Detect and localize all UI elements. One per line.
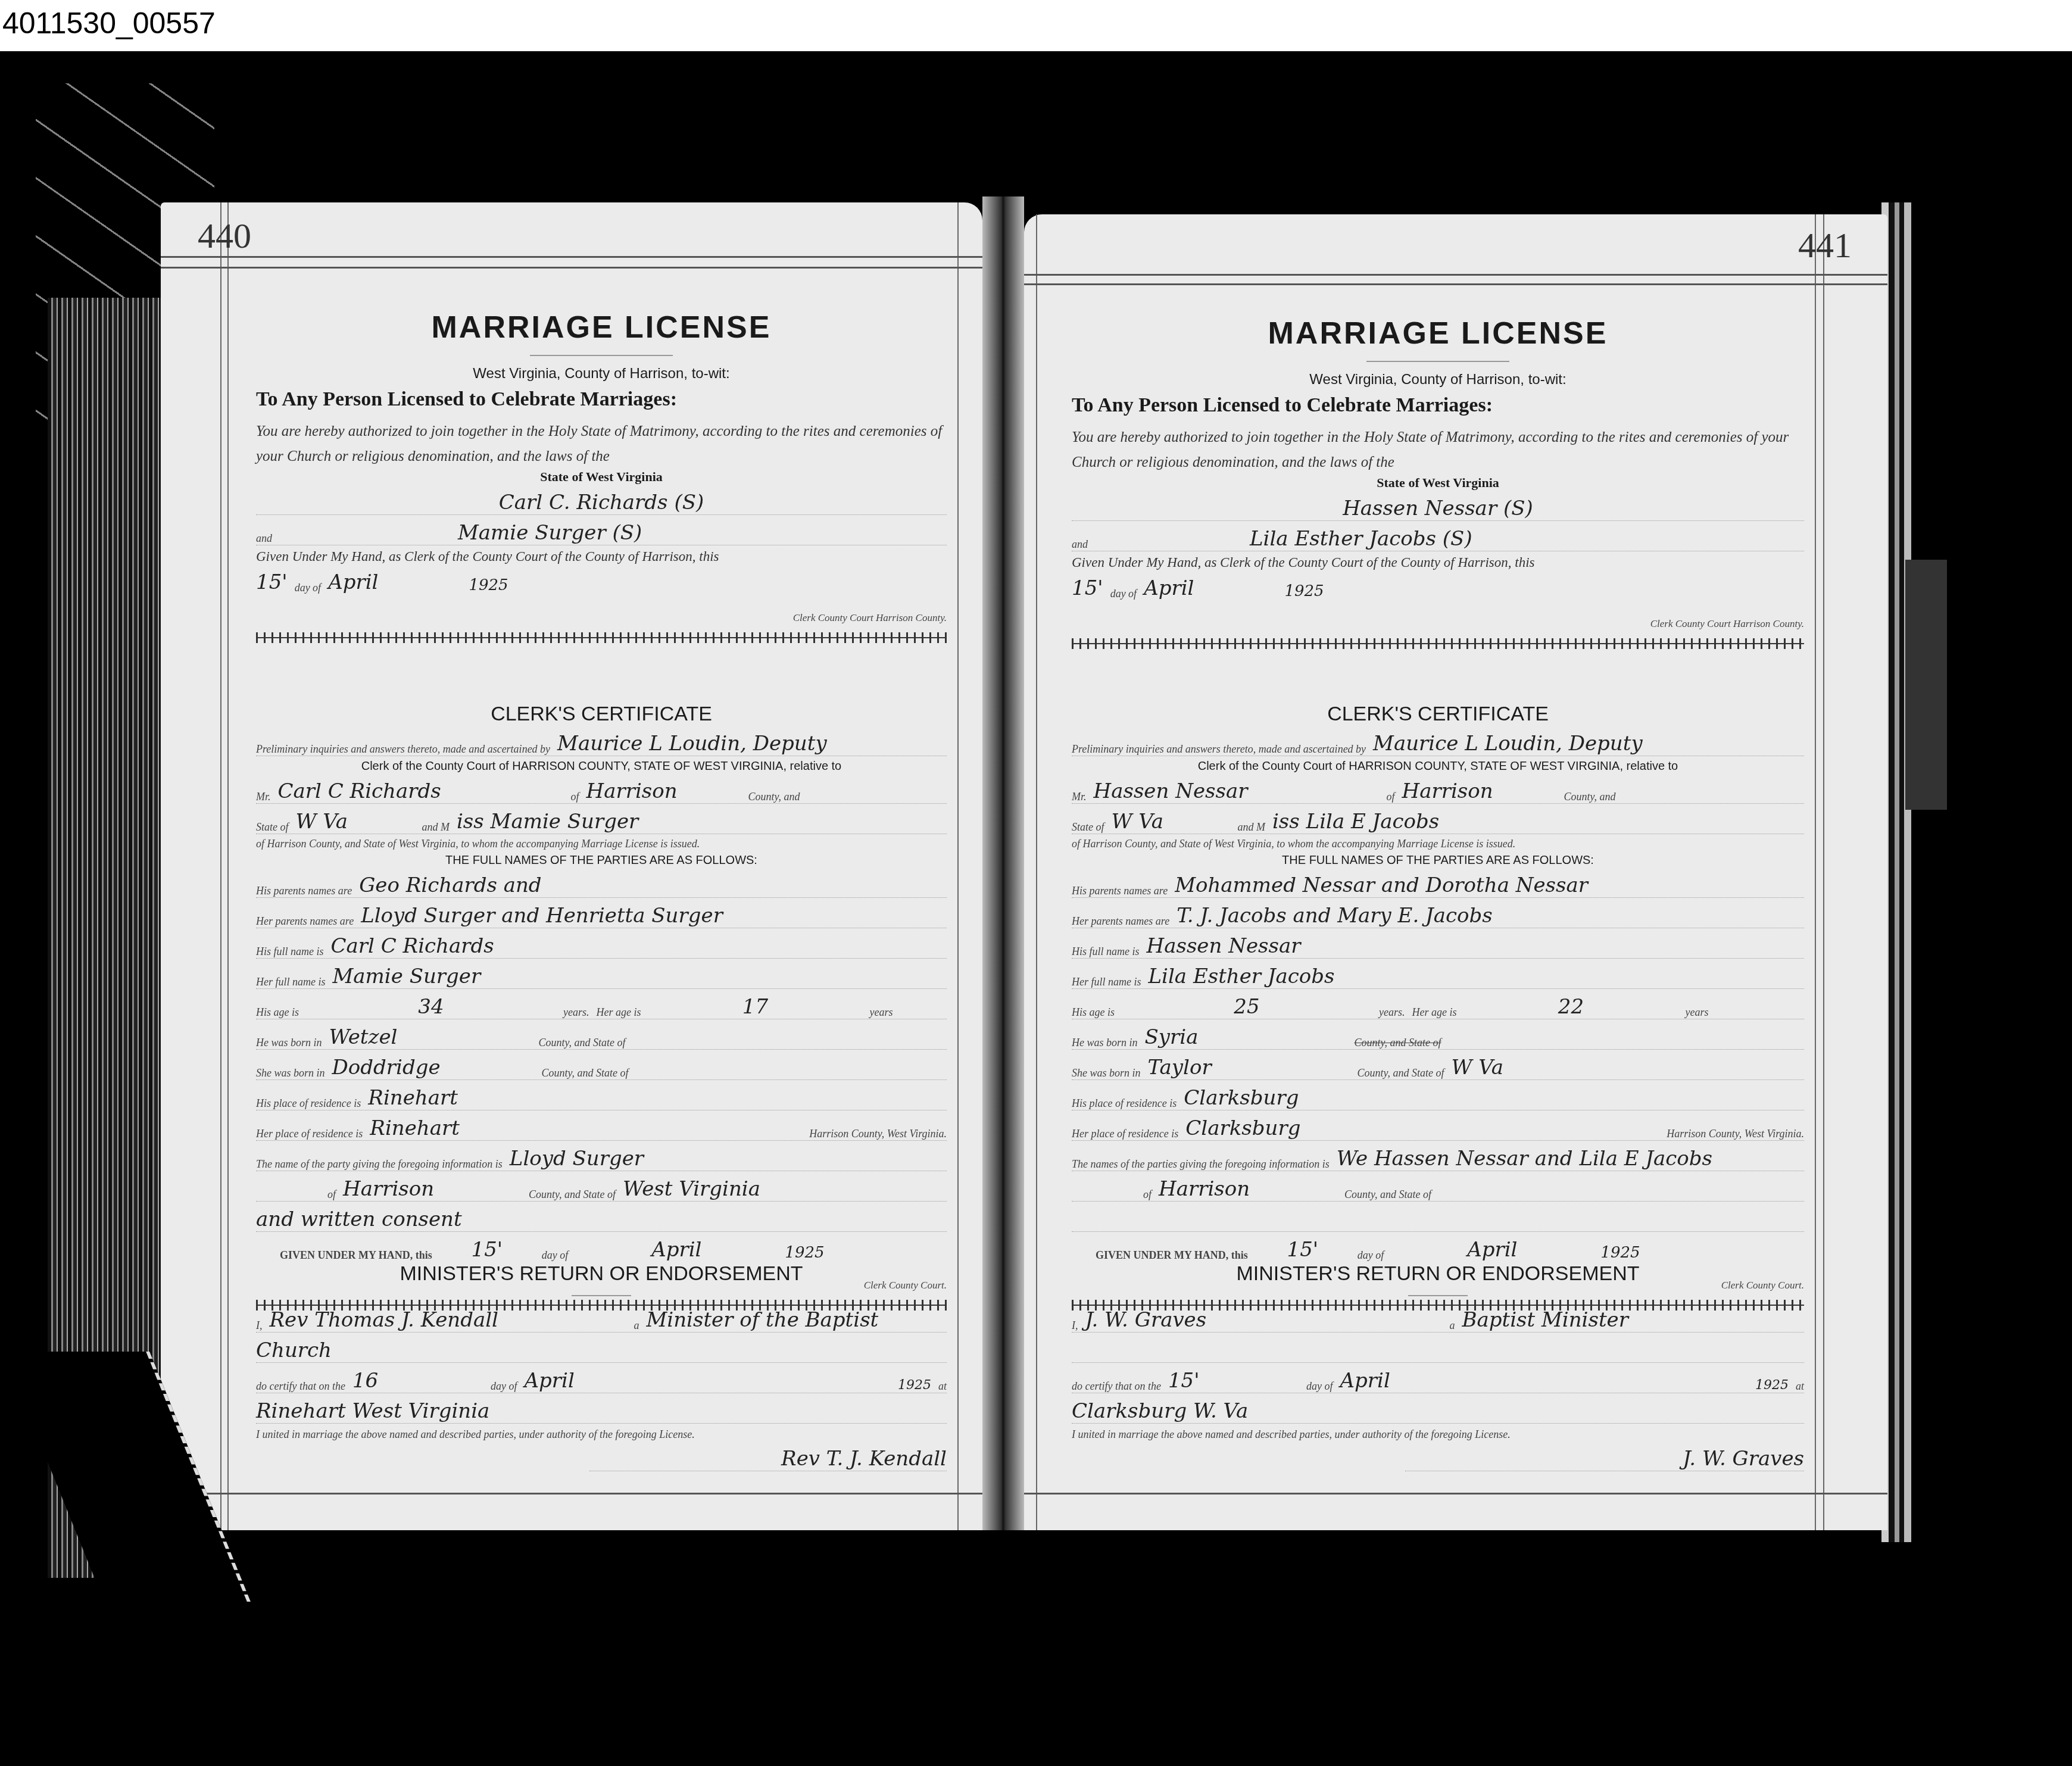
county-and-label: County, and [748,791,800,803]
image-header: 4011530_00557 [0,0,2072,51]
county-state-label: County, and State of [1355,1037,1441,1049]
clerk-caption: Clerk County Court Harrison County. [1072,618,1804,630]
years-label: years [870,1006,893,1019]
informant-label: The names of the parties giving the fore… [1072,1158,1330,1171]
groom-name: Hassen Nessar (S) [1343,497,1533,520]
her-full-name: Mamie Surger [333,965,481,988]
license-title: MARRIAGE LICENSE [256,310,947,345]
footer-rule [1024,1493,1887,1494]
license-month: April [328,570,378,594]
full-names-heading: THE FULL NAMES OF THE PARTIES ARE AS FOL… [1072,854,1804,868]
license-day: 15' [256,570,288,594]
informant-county: Harrison [343,1177,522,1201]
day-of-label: day of [491,1380,517,1393]
mr-state: W Va [1112,810,1231,834]
clerk-caption: Clerk County Court Harrison County. [256,612,947,624]
page-number: 441 [1798,225,1852,266]
mr-label: Mr. [256,791,271,803]
her-age: 22 [1464,995,1678,1019]
field-label: Her full name is [1072,976,1141,988]
minister-name: Rev Thomas J. Kendall [270,1308,627,1332]
his-age: 34 [306,995,556,1019]
field-label: Her parents names are [1072,915,1169,928]
of-label: of [1387,791,1395,803]
of-label: of [571,791,579,803]
field-label: His parents names are [256,885,352,897]
harrison-wv-label: Harrison County, West Virginia. [809,1128,947,1140]
she-born: Taylor [1148,1056,1350,1079]
mr-county: Harrison [1402,779,1557,803]
her-age-label: Her age is [1412,1006,1457,1019]
his-full-name: Carl C Richards [331,934,494,958]
mr-county: Harrison [586,779,741,803]
license-day: 15' [1072,576,1103,600]
county-state-label: County, and State of [539,1037,626,1049]
miss-name: iss Lila E Jacobs [1272,810,1439,834]
authorization-text: You are hereby authorized to join togeth… [256,419,947,469]
ascertained-by: Maurice L Loudin, Deputy [557,732,826,756]
license-year: 1925 [1284,582,1324,600]
certificate-title: CLERK'S CERTIFICATE [1072,703,1804,726]
he-born-label: He was born in [256,1037,322,1049]
his-full-name: Hassen Nessar [1147,934,1301,958]
her-age: 17 [648,995,863,1019]
given-under-hand: Given Under My Hand, as Clerk of the Cou… [1072,555,1804,570]
minister-role-cont: Church [256,1338,332,1362]
and-label: and [1072,538,1088,551]
his-parents: Mohammed Nessar and Dorotha Nessar [1175,873,1588,897]
issued-line: of Harrison County, and State of West Vi… [256,838,947,850]
her-residence: Rinehart [370,1116,802,1140]
state-of-label: State of [256,821,289,834]
his-residence: Rinehart [368,1086,458,1110]
bride-name: Lila Esther Jacobs (S) [1250,527,1472,551]
margin-line [1823,214,1824,1530]
day-of-label: day of [1306,1380,1333,1393]
day-of-label: day of [1110,588,1137,600]
groom-name: Carl C. Richards (S) [499,491,704,514]
marriage-day: 15' [1168,1369,1299,1393]
state-of-label: State of [1072,821,1104,834]
full-names-heading: THE FULL NAMES OF THE PARTIES ARE AS FOL… [256,854,947,868]
he-born: Wetzel [329,1025,532,1049]
and-label: and [256,532,272,545]
book-gutter [982,196,1024,1530]
marriage-place: Clarksburg W. Va [1072,1399,1248,1423]
minister-role: Baptist Minister [1462,1308,1628,1332]
margin-line [1815,214,1816,1530]
state-line: State of West Virginia [1072,475,1804,491]
mr-label: Mr. [1072,791,1087,803]
header-rule [1024,283,1887,285]
mr-state: W Va [296,810,415,834]
state-line: State of West Virginia [256,469,947,485]
miss-name: iss Mamie Surger [457,810,638,834]
issued-line: of Harrison County, and State of West Vi… [1072,838,1804,850]
day-of-label: day of [295,582,322,594]
marriage-license-section: MARRIAGE LICENSE West Virginia, County o… [256,310,947,651]
his-age: 25 [1122,995,1372,1019]
her-residence-label: Her place of residence is [1072,1128,1178,1140]
minister-signature: J. W. Graves [1683,1447,1804,1471]
informant-state: West Virginia [623,1177,760,1201]
minister-signature: Rev T. J. Kendall [781,1447,947,1471]
image-id: 4011530_00557 [2,6,216,40]
she-born: Doddridge [332,1056,535,1079]
divider [530,355,673,356]
ornamental-divider [1072,638,1804,649]
certify-label: do certify that on the [1072,1380,1161,1393]
jurisdiction: West Virginia, County of Harrison, to-wi… [256,366,947,382]
she-born-state: W Va [1452,1056,1503,1079]
county-and-label: County, and [1564,791,1616,803]
her-residence-label: Her place of residence is [256,1128,363,1140]
margin-line [227,202,229,1530]
page-number: 440 [198,216,251,257]
a-label: a [634,1319,639,1332]
authorization-text: You are hereby authorized to join togeth… [1072,425,1804,475]
field-label: His full name is [1072,946,1140,958]
license-month: April [1144,576,1194,600]
divider [1366,361,1509,362]
margin-line [220,202,221,1530]
extra-note: and written consent [256,1208,462,1231]
informant: We Hassen Nessar and Lila E Jacobs [1337,1147,1712,1171]
she-born-label: She was born in [1072,1067,1141,1079]
she-born-label: She was born in [256,1067,325,1079]
united-text: I united in marriage the above named and… [256,1428,947,1441]
header-rule [161,267,982,269]
his-residence-label: His place of residence is [1072,1097,1177,1110]
minister-title: MINISTER'S RETURN OR ENDORSEMENT [1072,1262,1804,1286]
her-residence: Clarksburg [1185,1116,1659,1140]
her-parents: Lloyd Surger and Henrietta Surger [361,904,723,928]
book-tab [1905,560,1947,810]
his-parents: Geo Richards and [359,873,541,897]
field-label: His parents names are [1072,885,1168,897]
her-parents: T. J. Jacobs and Mary E. Jacobs [1177,904,1493,928]
mr-name: Hassen Nessar [1094,779,1380,803]
clerk-line: Clerk of the County Court of HARRISON CO… [1072,760,1804,773]
page-441: 441 MARRIAGE LICENSE West Virginia, Coun… [1024,214,1887,1530]
county-state-label: County, and State of [529,1188,616,1201]
and-miss-label: and M [422,821,450,834]
his-age-label: His age is [1072,1006,1115,1019]
marriage-year: 1925 [1755,1378,1789,1393]
header-rule [161,256,982,258]
years-label: years. [1379,1006,1405,1019]
informant: Lloyd Surger [510,1147,644,1171]
county-state-label: County, and State of [1344,1188,1431,1201]
at-label: at [938,1380,947,1393]
marriage-month: April [1340,1369,1748,1393]
given-under-hand: Given Under My Hand, as Clerk of the Cou… [256,549,947,564]
license-title: MARRIAGE LICENSE [1072,316,1804,351]
license-year: 1925 [469,576,508,594]
field-label: His full name is [256,946,324,958]
her-full-name: Lila Esther Jacobs [1149,965,1335,988]
marriage-month: April [524,1369,891,1393]
marriage-day: 16 [352,1369,483,1393]
jurisdiction: West Virginia, County of Harrison, to-wi… [1072,372,1804,388]
preliminary-label: Preliminary inquiries and answers theret… [256,743,550,756]
and-miss-label: and M [1238,821,1266,834]
county-state-label: County, and State of [542,1067,629,1079]
her-age-label: Her age is [597,1006,641,1019]
informant-county: Harrison [1159,1177,1337,1201]
ministers-return-section: MINISTER'S RETURN OR ENDORSEMENT I,J. W.… [1072,1250,1804,1475]
salutation: To Any Person Licensed to Celebrate Marr… [256,388,947,411]
at-label: at [1796,1380,1804,1393]
his-age-label: His age is [256,1006,299,1019]
of-label: of [1143,1188,1152,1201]
ornamental-divider [256,632,947,643]
marriage-year: 1925 [898,1378,931,1393]
certificate-title: CLERK'S CERTIFICATE [256,703,947,726]
minister-title: MINISTER'S RETURN OR ENDORSEMENT [256,1262,947,1286]
he-born: Syria [1145,1025,1347,1049]
field-label: Her full name is [256,976,326,988]
a-label: a [1450,1319,1455,1332]
ministers-return-section: MINISTER'S RETURN OR ENDORSEMENT I,Rev T… [256,1250,947,1475]
margin-line [957,202,959,1530]
years-label: years [1686,1006,1709,1019]
his-residence: Clarksburg [1184,1086,1299,1110]
his-residence-label: His place of residence is [256,1097,361,1110]
marriage-license-section: MARRIAGE LICENSE West Virginia, County o… [1072,316,1804,657]
divider [1408,1295,1468,1296]
i-label: I, [256,1319,263,1332]
bride-name: Mamie Surger (S) [458,521,642,545]
i-label: I, [1072,1319,1078,1332]
he-born-label: He was born in [1072,1037,1138,1049]
informant-label: The name of the party giving the foregoi… [256,1158,503,1171]
footer-rule [161,1493,982,1494]
of-label: of [327,1188,336,1201]
salutation: To Any Person Licensed to Celebrate Marr… [1072,394,1804,417]
years-label: years. [563,1006,589,1019]
clerk-certificate-section: CLERK'S CERTIFICATE Preliminary inquirie… [1072,691,1804,1319]
marriage-place: Rinehart West Virginia [256,1399,489,1423]
certify-label: do certify that on the [256,1380,345,1393]
clerk-line: Clerk of the County Court of HARRISON CO… [256,760,947,773]
margin-line [1036,214,1037,1530]
minister-name: J. W. Graves [1085,1308,1443,1332]
ascertained-by: Maurice L Loudin, Deputy [1373,732,1642,756]
county-state-label: County, and State of [1358,1067,1444,1079]
page-440: 440 MARRIAGE LICENSE West Virginia, Coun… [161,202,982,1530]
divider [572,1295,631,1296]
field-label: Her parents names are [256,915,354,928]
header-rule [1024,274,1887,276]
clerk-certificate-section: CLERK'S CERTIFICATE Preliminary inquirie… [256,691,947,1319]
harrison-wv-label: Harrison County, West Virginia. [1667,1128,1804,1140]
minister-role: Minister of the Baptist [647,1308,879,1332]
preliminary-label: Preliminary inquiries and answers theret… [1072,743,1366,756]
united-text: I united in marriage the above named and… [1072,1428,1804,1441]
mr-name: Carl C Richards [278,779,564,803]
